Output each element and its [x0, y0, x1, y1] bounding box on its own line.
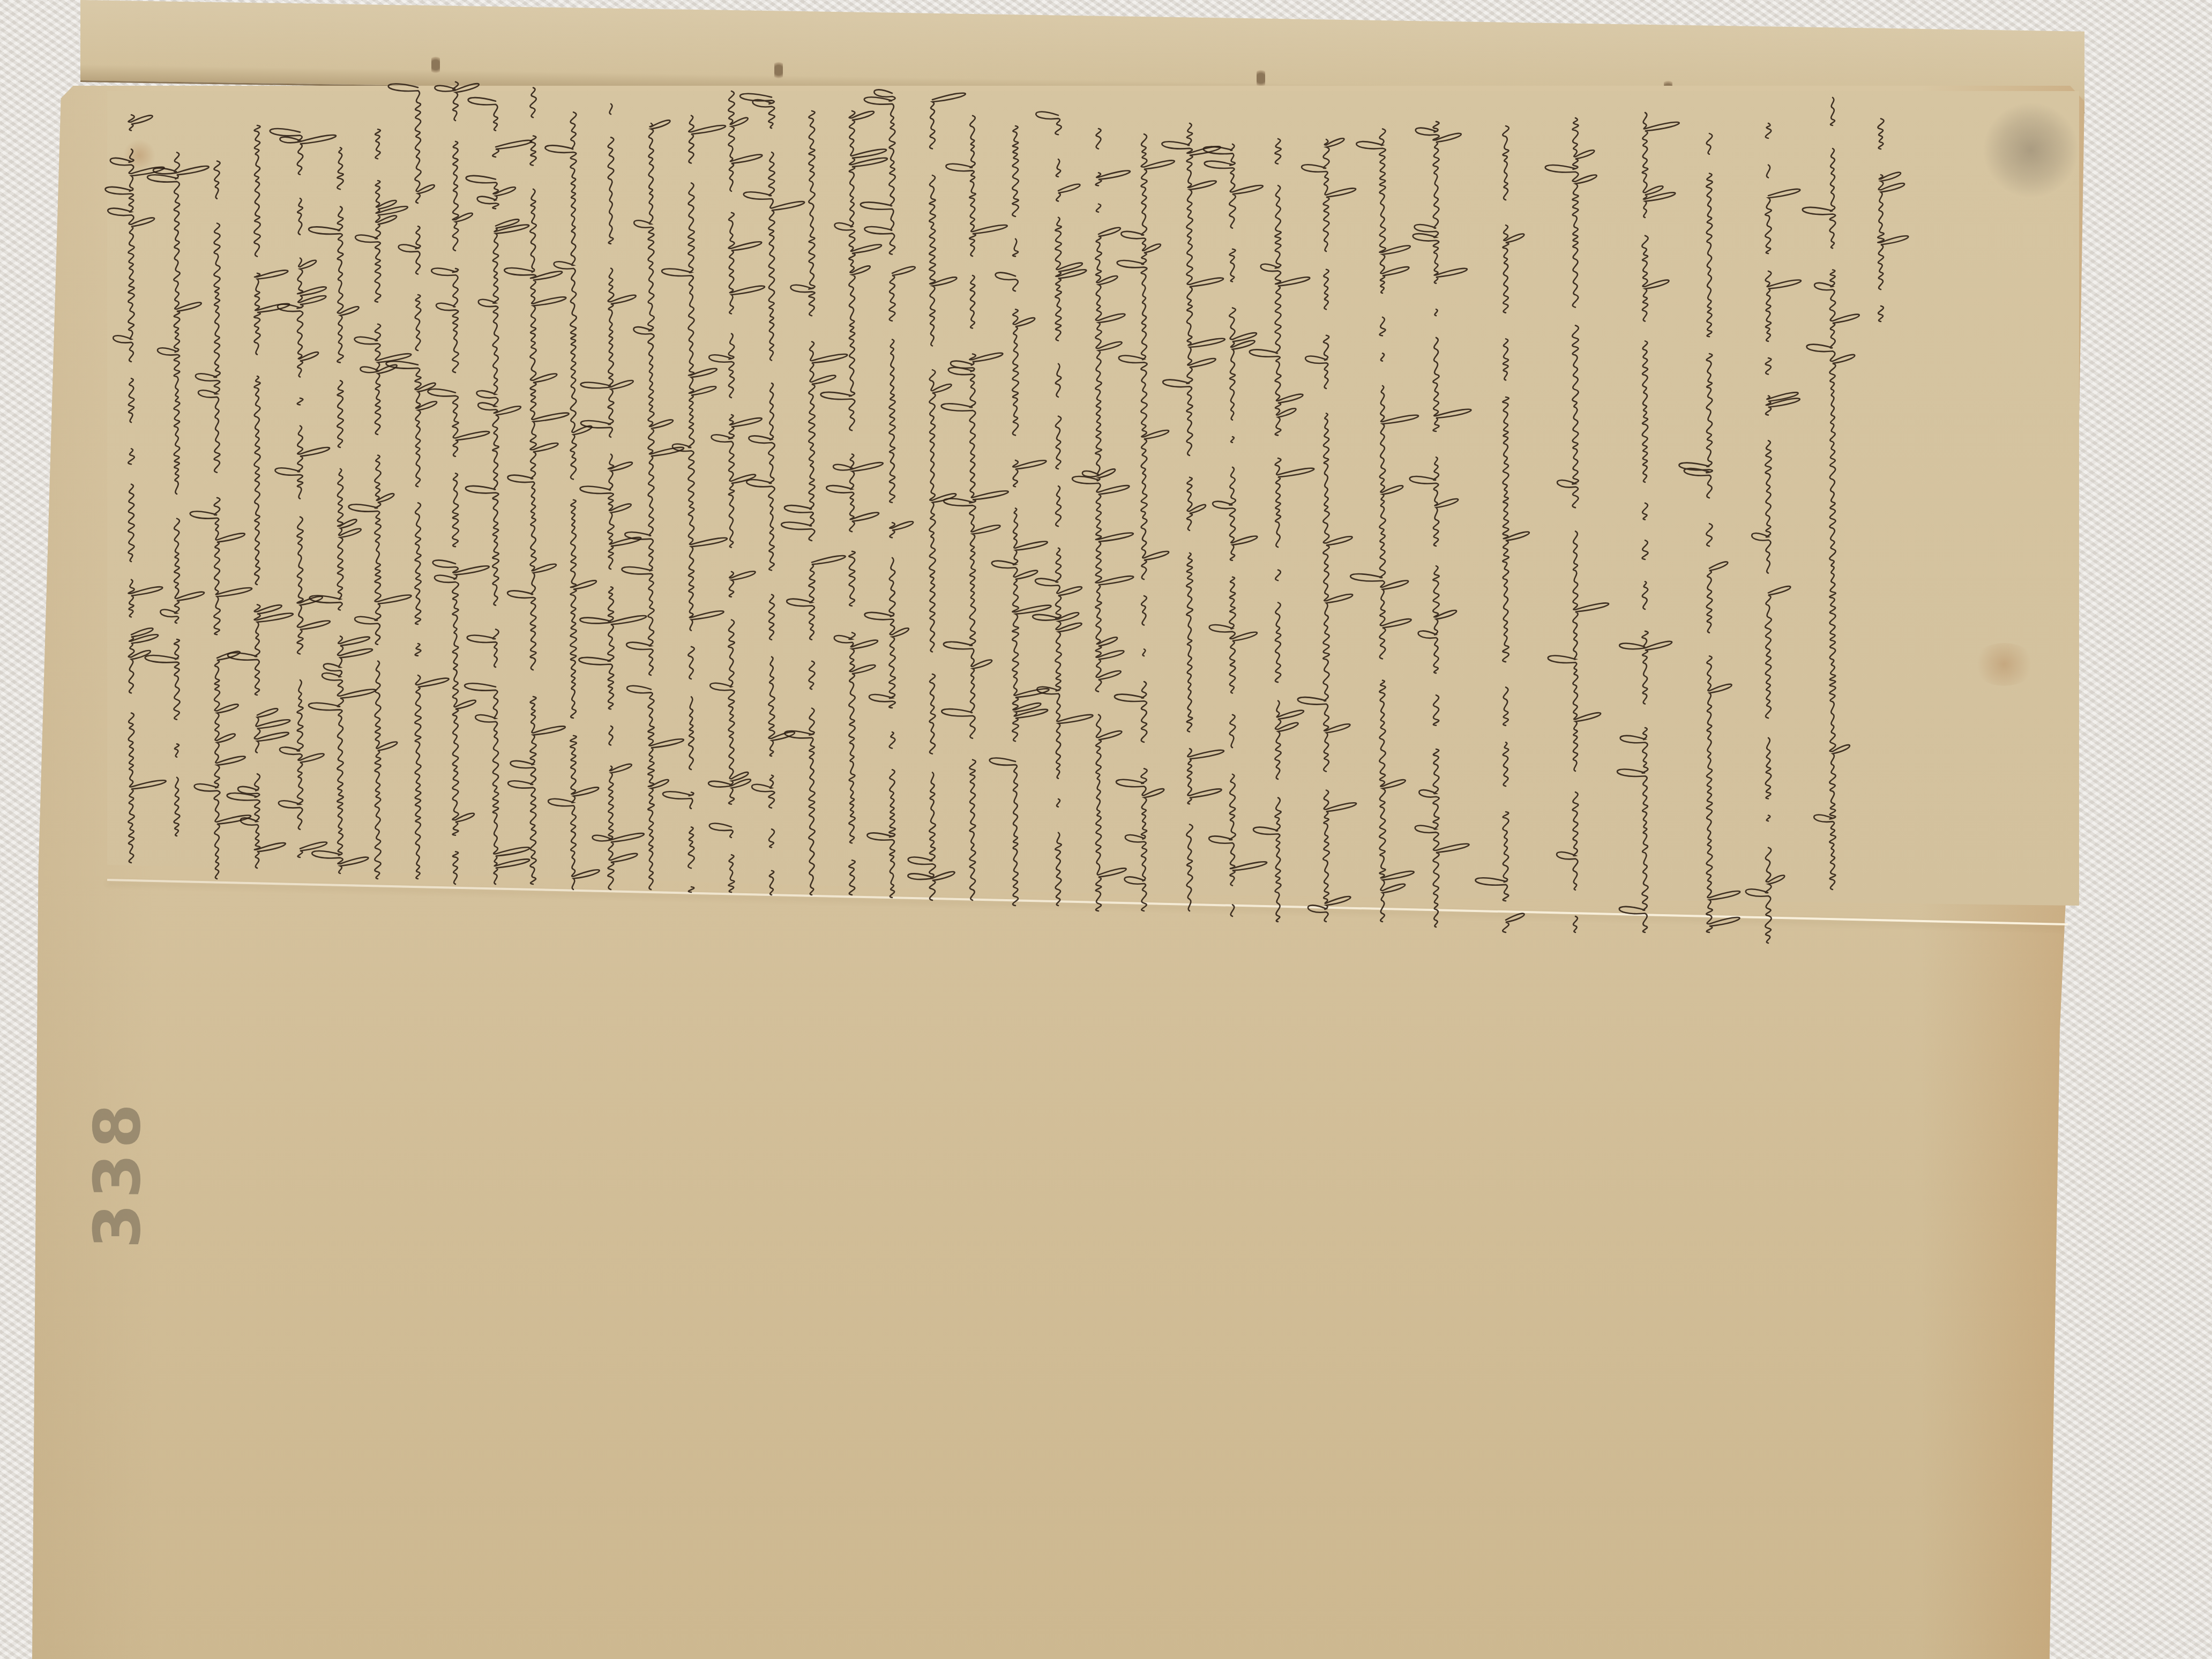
- ink-smudge: [1983, 102, 2079, 198]
- handwritten-line: [1232, 129, 1235, 916]
- handwritten-line: [573, 107, 576, 890]
- handwritten-line: [378, 129, 380, 879]
- handwritten-line: [1144, 134, 1146, 911]
- foxing-stain: [1972, 643, 2036, 686]
- handwritten-line: [300, 134, 302, 857]
- handwritten-line: [1015, 123, 1018, 906]
- handwritten-line: [455, 80, 458, 884]
- handwritten-line: [852, 107, 854, 895]
- handwritten-line: [177, 129, 179, 836]
- stitch-hole: [431, 54, 440, 76]
- handwritten-line: [1833, 96, 1835, 890]
- handwritten-line: [1190, 123, 1192, 911]
- handwritten-line: [691, 113, 693, 892]
- handwritten-line: [1326, 139, 1328, 922]
- handwritten-line: [1382, 129, 1385, 922]
- handwritten-line: [533, 86, 535, 884]
- handwritten-line: [496, 102, 498, 884]
- handwritten-line: [1436, 118, 1438, 927]
- stitch-hole: [774, 59, 783, 81]
- handwritten-line: [1058, 118, 1060, 906]
- handwritten-line: [131, 113, 133, 863]
- handwritten-line: [651, 123, 653, 890]
- handwritten-line: [1575, 118, 1578, 932]
- handwritten-line: [340, 145, 342, 873]
- handwritten-line: [1278, 134, 1280, 922]
- handwritten-line: [772, 96, 774, 895]
- handwritten-line: [1645, 113, 1647, 932]
- handwritten-line: [973, 107, 975, 900]
- handwritten-line: [892, 96, 894, 898]
- handwritten-line: [611, 102, 613, 890]
- handwritten-line: [812, 107, 814, 895]
- handwritten-line: [217, 161, 219, 879]
- handwritten-line: [1881, 102, 1883, 322]
- handwritten-line: [932, 102, 935, 900]
- archive-number: 338: [80, 1098, 155, 1249]
- handwritten-line: [418, 86, 420, 879]
- handwritten-line: [1098, 129, 1101, 911]
- handwritten-line: [1768, 123, 1770, 943]
- handwritten-line: [731, 91, 734, 892]
- handwritten-line: [1506, 123, 1508, 932]
- handwritten-line: [257, 123, 259, 868]
- handwritten-line: [1709, 129, 1712, 932]
